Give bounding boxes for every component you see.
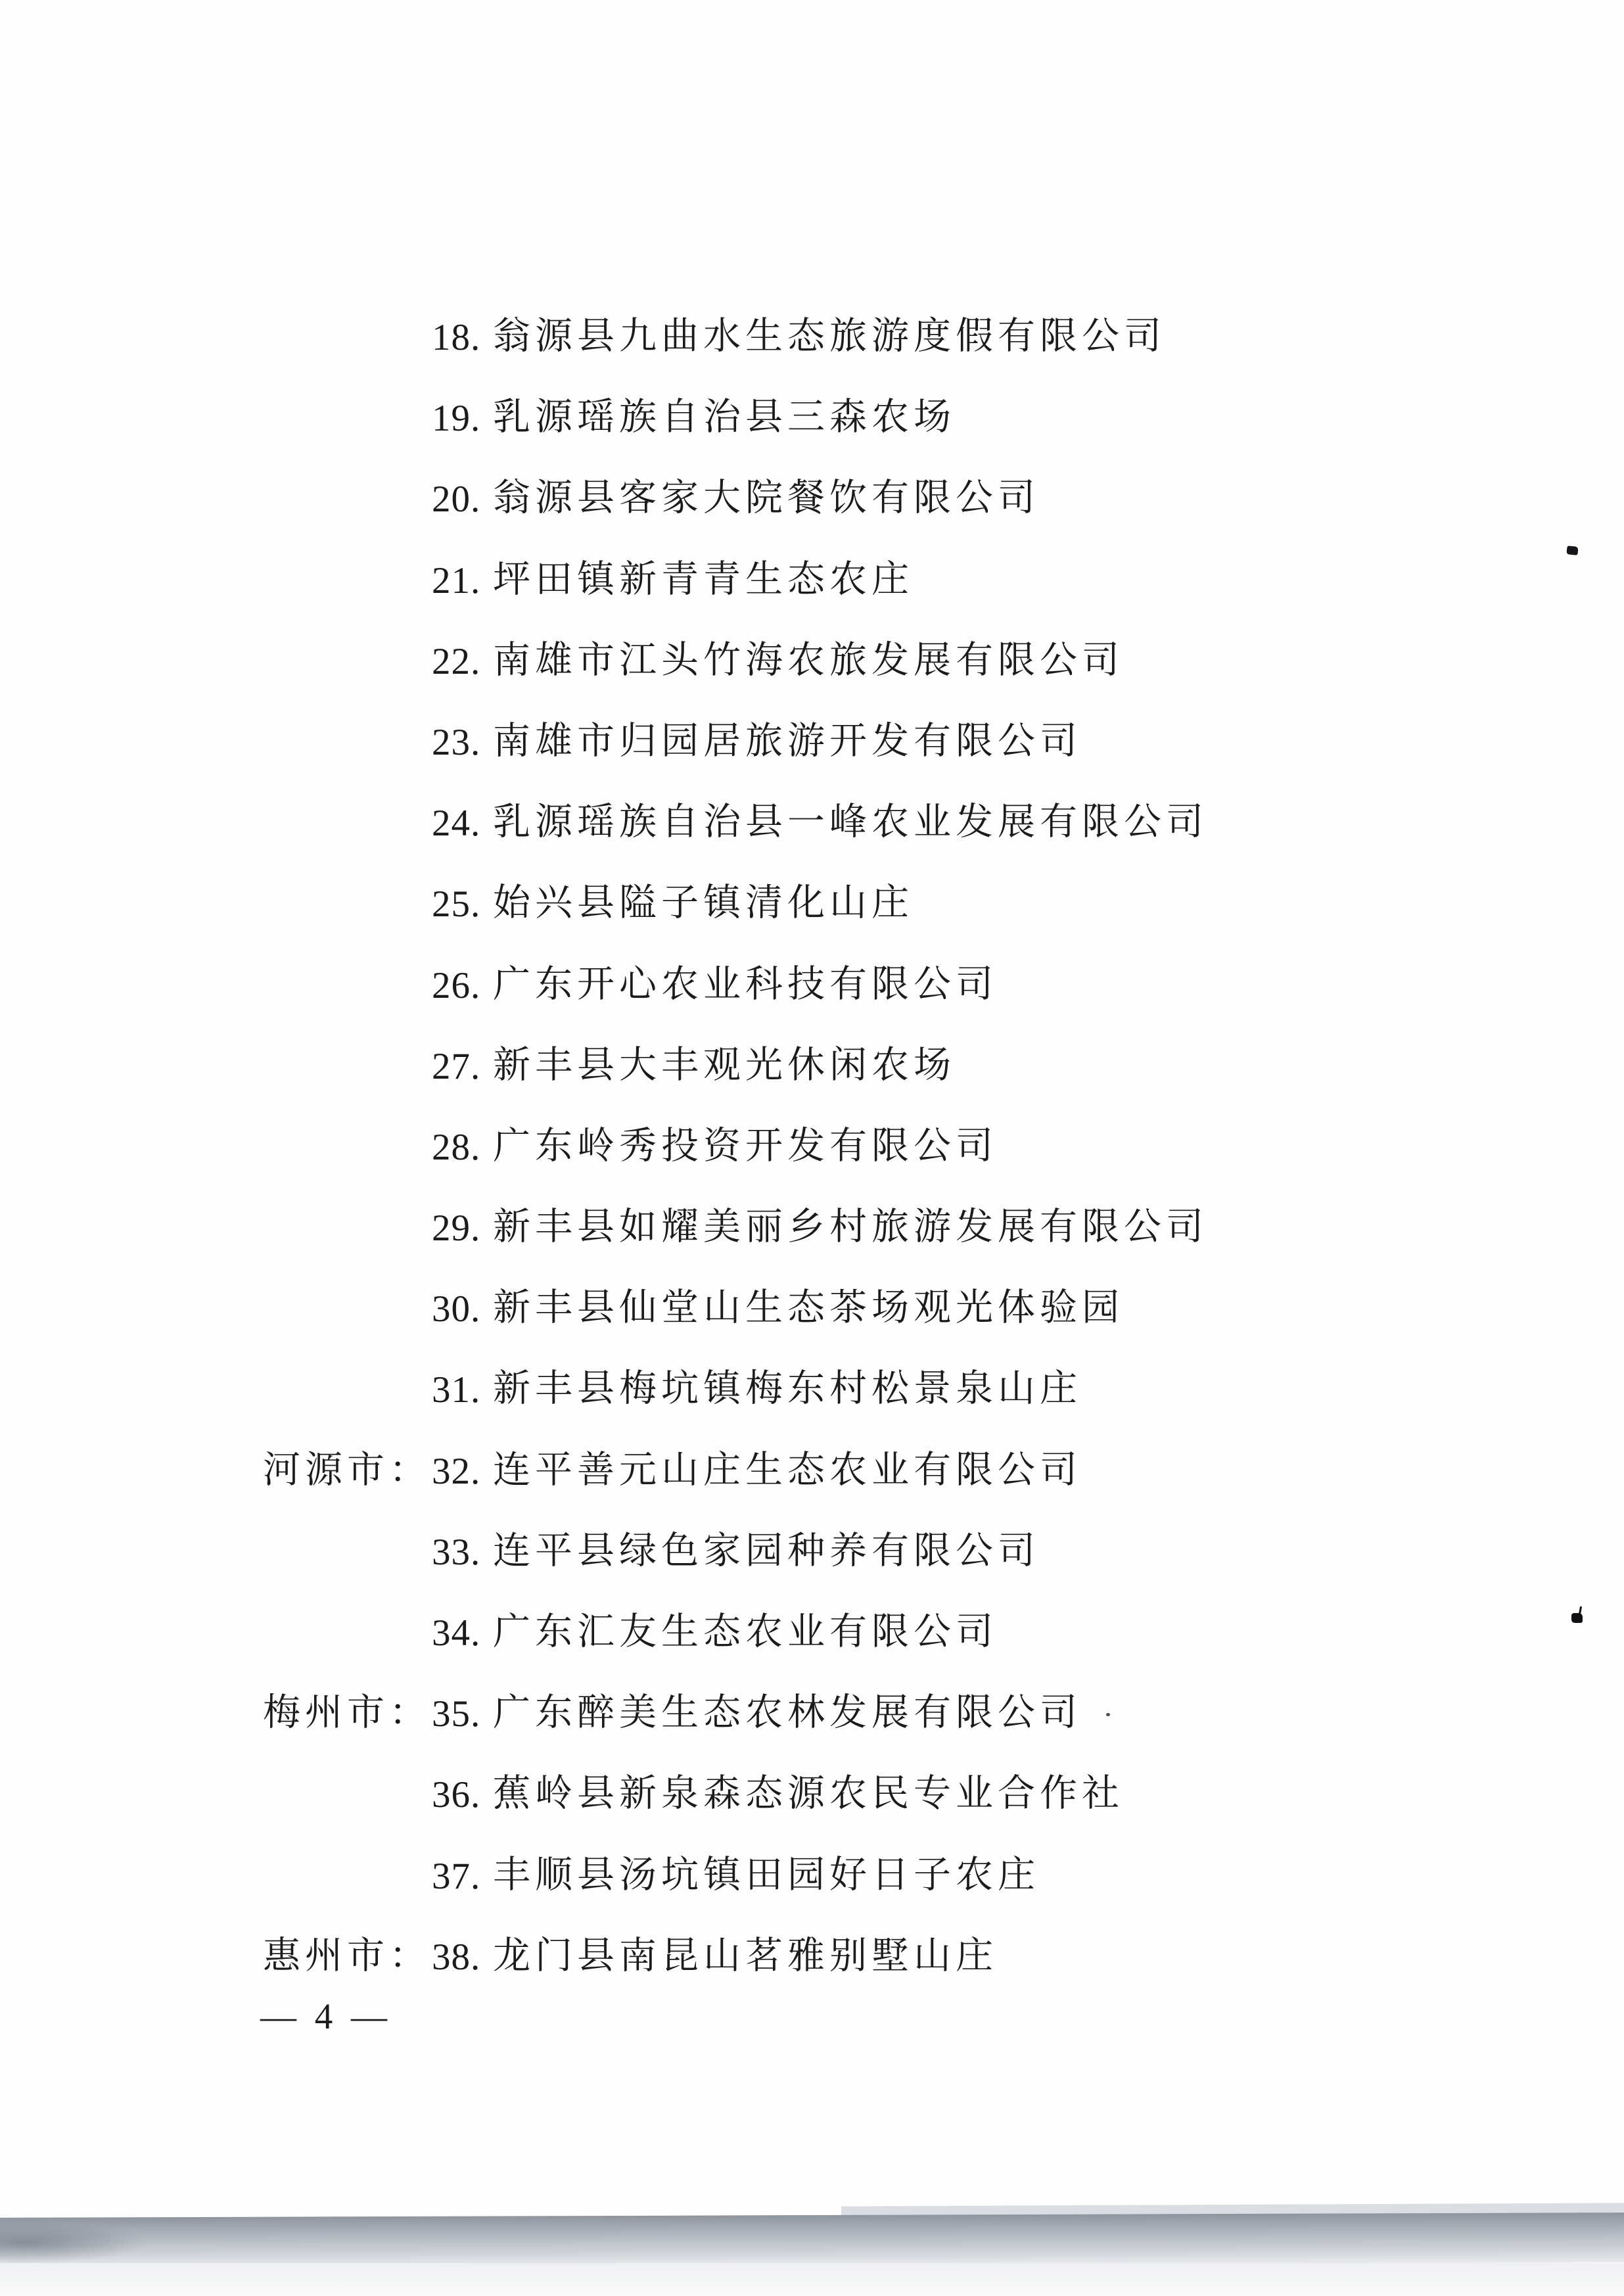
item-number: 26. — [432, 967, 480, 1004]
company-name: 始兴县隘子镇清化山庄 — [493, 884, 914, 922]
list-item: 20. 翁源县客家大院餐饮有限公司 — [0, 479, 1624, 560]
list-item: 26. 广东开心农业科技有限公司 — [0, 966, 1624, 1046]
company-name: 新丰县如耀美丽乡村旅游发展有限公司 — [493, 1208, 1208, 1246]
scan-edge-below — [0, 2263, 1624, 2296]
company-name: 广东醉美生态农林发展有限公司 — [493, 1694, 1082, 1731]
company-name: 乳源瑶族自治县一峰农业发展有限公司 — [493, 803, 1208, 841]
company-list: 18. 翁源县九曲水生态旅游度假有限公司 19. 乳源瑶族自治县三森农场 20.… — [0, 317, 1624, 2018]
list-item: 河源市： 32. 连平善元山庄生态农业有限公司 — [0, 1451, 1624, 1532]
list-item: 18. 翁源县九曲水生态旅游度假有限公司 — [0, 317, 1624, 398]
company-name: 连平县绿色家园种养有限公司 — [493, 1532, 1040, 1570]
item-number: 34. — [432, 1614, 480, 1652]
item-number: 35. — [432, 1695, 480, 1733]
ink-speck — [1106, 1713, 1110, 1716]
list-item: 29. 新丰县如耀美丽乡村旅游发展有限公司 — [0, 1208, 1624, 1289]
item-number: 21. — [432, 562, 480, 599]
city-label: 梅州市： — [263, 1694, 431, 1731]
list-item: 梅州市： 35. 广东醉美生态农林发展有限公司 — [0, 1694, 1624, 1775]
list-item: 28. 广东岭秀投资开发有限公司 — [0, 1127, 1624, 1208]
list-item: 23. 南雄市归园居旅游开发有限公司 — [0, 722, 1624, 803]
company-name: 南雄市归园居旅游开发有限公司 — [493, 722, 1082, 760]
item-number: 29. — [432, 1209, 480, 1247]
list-item: 37. 丰顺县汤坑镇田园好日子农庄 — [0, 1856, 1624, 1937]
company-name: 新丰县仙堂山生态茶场观光体验园 — [493, 1289, 1124, 1326]
item-number: 33. — [432, 1534, 480, 1571]
scan-edge-shadow — [0, 2213, 1624, 2268]
ink-speck — [1571, 1613, 1583, 1623]
company-name: 广东岭秀投资开发有限公司 — [493, 1127, 998, 1165]
list-item: 24. 乳源瑶族自治县一峰农业发展有限公司 — [0, 803, 1624, 884]
item-number: 23. — [432, 724, 480, 761]
item-number: 24. — [432, 805, 480, 842]
city-label: 惠州市： — [263, 1937, 431, 1975]
company-name: 翁源县客家大院餐饮有限公司 — [493, 479, 1040, 517]
item-number: 20. — [432, 480, 480, 518]
company-name: 新丰县大丰观光休闲农场 — [493, 1046, 956, 1084]
item-number: 28. — [432, 1129, 480, 1166]
company-name: 坪田镇新青青生态农庄 — [493, 561, 914, 598]
item-number: 25. — [432, 885, 480, 923]
list-item: 22. 南雄市江头竹海农旅发展有限公司 — [0, 642, 1624, 722]
item-number: 19. — [432, 400, 480, 437]
list-item: 21. 坪田镇新青青生态农庄 — [0, 561, 1624, 642]
ink-speck — [1566, 546, 1578, 555]
company-name: 翁源县九曲水生态旅游度假有限公司 — [493, 317, 1166, 355]
list-item: 27. 新丰县大丰观光休闲农场 — [0, 1046, 1624, 1127]
city-label: 河源市： — [263, 1451, 431, 1489]
item-number: 37. — [432, 1858, 480, 1895]
document-page: 18. 翁源县九曲水生态旅游度假有限公司 19. 乳源瑶族自治县三森农场 20.… — [0, 0, 1624, 2296]
item-number: 22. — [432, 643, 480, 680]
list-item: 31. 新丰县梅坑镇梅东村松景泉山庄 — [0, 1370, 1624, 1451]
company-name: 南雄市江头竹海农旅发展有限公司 — [493, 642, 1124, 679]
item-number: 31. — [432, 1371, 480, 1409]
company-name: 广东汇友生态农业有限公司 — [493, 1613, 998, 1651]
company-name: 蕉岭县新泉森态源农民专业合作社 — [493, 1775, 1124, 1812]
company-name: 新丰县梅坑镇梅东村松景泉山庄 — [493, 1370, 1082, 1407]
company-name: 连平善元山庄生态农业有限公司 — [493, 1451, 1082, 1489]
list-item: 25. 始兴县隘子镇清化山庄 — [0, 884, 1624, 965]
list-item: 30. 新丰县仙堂山生态茶场观光体验园 — [0, 1289, 1624, 1370]
item-number: 38. — [432, 1938, 480, 1976]
item-number: 36. — [432, 1776, 480, 1814]
company-name: 龙门县南昆山茗雅别墅山庄 — [493, 1937, 998, 1975]
list-item: 33. 连平县绿色家园种养有限公司 — [0, 1532, 1624, 1613]
list-item: 19. 乳源瑶族自治县三森农场 — [0, 398, 1624, 479]
item-number: 30. — [432, 1290, 480, 1328]
list-item: 36. 蕉岭县新泉森态源农民专业合作社 — [0, 1775, 1624, 1856]
company-name: 丰顺县汤坑镇田园好日子农庄 — [493, 1856, 1040, 1894]
page-number: — 4 — — [260, 1998, 388, 2034]
item-number: 32. — [432, 1453, 480, 1490]
company-name: 乳源瑶族自治县三森农场 — [493, 398, 956, 436]
list-item: 34. 广东汇友生态农业有限公司 — [0, 1613, 1624, 1694]
item-number: 18. — [432, 319, 480, 356]
item-number: 27. — [432, 1048, 480, 1085]
company-name: 广东开心农业科技有限公司 — [493, 966, 998, 1003]
list-item: 惠州市： 38. 龙门县南昆山茗雅别墅山庄 — [0, 1937, 1624, 2018]
